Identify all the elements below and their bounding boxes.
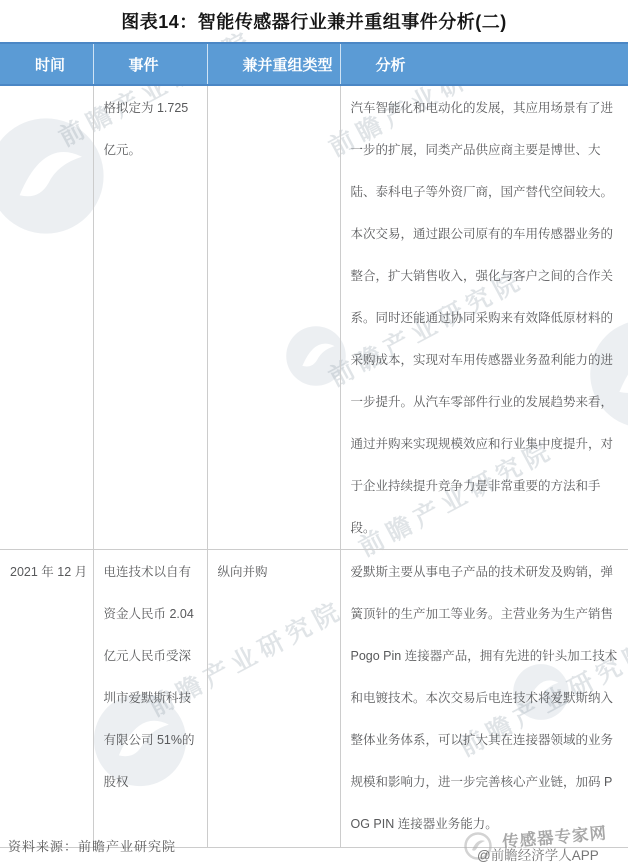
column-header-type: 兼并重组类型	[207, 43, 340, 85]
table-row: 格拟定为 1.725 亿元。 汽车智能化和电动化的发展，其应用场景有了进一步的扩…	[0, 85, 628, 550]
table-row: 2021 年 12 月 电连技术以自有资金人民币 2.04 亿元人民币受深圳市爱…	[0, 550, 628, 848]
page-title: 图表14：智能传感器行业兼并重组事件分析(二)	[0, 0, 628, 42]
column-header-analysis: 分析	[340, 43, 628, 85]
cell-analysis: 汽车智能化和电动化的发展，其应用场景有了进一步的扩展，同类产品供应商主要是博世、…	[340, 85, 628, 550]
cell-event: 电连技术以自有资金人民币 2.04 亿元人民币受深圳市爱默斯科技有限公司 51%…	[93, 550, 207, 848]
watermark-app: @前瞻经济学人APP	[477, 844, 599, 864]
report-figure-page: 前瞻产业研究院 前瞻产业研究院 前瞻产业研究院 前瞻产业研究院 前瞻产业研究院 …	[0, 0, 628, 868]
cell-analysis: 爱默斯主要从事电子产品的技术研发及购销，弹簧顶针的生产加工等业务。主营业务为生产…	[340, 550, 628, 848]
column-header-time: 时间	[0, 43, 93, 85]
figure-content: 图表14：智能传感器行业兼并重组事件分析(二) 时间 事件 兼并重组类型 分析 …	[0, 0, 628, 848]
cell-type	[207, 85, 340, 550]
ma-events-table: 时间 事件 兼并重组类型 分析 格拟定为 1.725 亿元。 汽车智能化和电动化…	[0, 42, 628, 848]
cell-type: 纵向并购	[207, 550, 340, 848]
table-header-row: 时间 事件 兼并重组类型 分析	[0, 43, 628, 85]
column-header-event: 事件	[93, 43, 207, 85]
cell-time	[0, 85, 93, 550]
cell-event: 格拟定为 1.725 亿元。	[93, 85, 207, 550]
source-note: 资料来源：前瞻产业研究院	[8, 836, 176, 855]
cell-time: 2021 年 12 月	[0, 550, 93, 848]
